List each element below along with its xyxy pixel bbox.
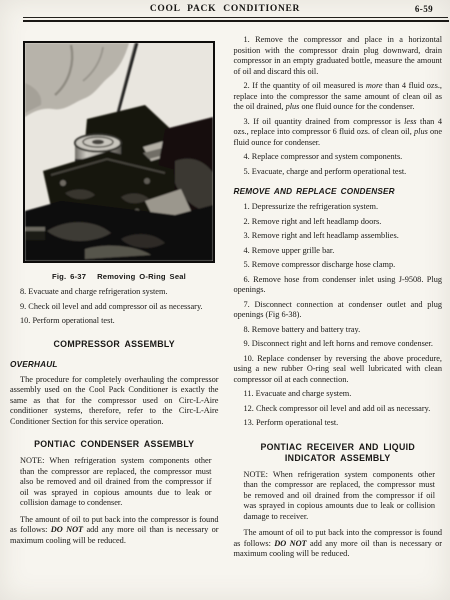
figure-caption-text: Removing O-Ring Seal	[97, 272, 186, 281]
heading-overhaul: OVERHAUL	[10, 360, 219, 369]
left-column: Fig. 6-37Removing O-Ring Seal 8. Evacuat…	[10, 31, 219, 594]
figure-photo	[23, 41, 215, 263]
heading-pontiac-condenser-assembly: PONTIAC CONDENSER ASSEMBLY	[10, 439, 219, 450]
compressor-oil-steps: 1. Remove the compressor and place in a …	[234, 35, 443, 177]
page-title: COOL PACK CONDITIONER	[0, 4, 450, 14]
receiver-oil-paragraph: The amount of oil to put back into the c…	[234, 528, 443, 560]
header-rule-thin	[23, 17, 448, 18]
list-item: 9. Disconnect right and left horns and r…	[234, 339, 443, 350]
emphasized-text: more	[366, 81, 383, 90]
compressor-final-steps: 8. Evacuate and charge refrigeration sys…	[10, 287, 219, 327]
list-item: 7. Disconnect connection at condenser ou…	[234, 300, 443, 321]
emphasized-text: plus	[414, 127, 428, 136]
list-item: 9. Check oil level and add compressor oi…	[10, 302, 219, 313]
list-item: 5. Remove compressor discharge hose clam…	[234, 260, 443, 271]
emphasized-text: DO NOT	[274, 539, 306, 548]
emphasized-text: plus	[286, 102, 300, 111]
condenser-removal-steps: 1. Depressurize the refrigeration system…	[234, 202, 443, 429]
condenser-oil-paragraph: The amount of oil to put back into the c…	[10, 515, 219, 547]
right-column: 1. Remove the compressor and place in a …	[234, 31, 443, 594]
list-item: 4. Replace compressor and system compone…	[234, 152, 443, 163]
oring-removal-photo-illustration	[25, 43, 213, 261]
list-item: 10. Perform operational test.	[10, 316, 219, 327]
list-item: 5. Evacuate, charge and perform operatio…	[234, 167, 443, 178]
list-item: 10. Replace condenser by reversing the a…	[234, 354, 443, 386]
figure-caption: Fig. 6-37Removing O-Ring Seal	[23, 272, 215, 281]
overhaul-paragraph: The procedure for completely overhauling…	[10, 375, 219, 428]
list-item: 8. Evacuate and charge refrigeration sys…	[10, 287, 219, 298]
list-item: 3. If oil quantity drained from compress…	[234, 117, 443, 149]
condenser-note-paragraph: NOTE: When refrigeration system componen…	[20, 456, 212, 509]
list-item: 2. Remove right and left headlamp doors.	[234, 217, 443, 228]
heading-pontiac-receiver-liquid-indicator: PONTIAC RECEIVER AND LIQUID INDICATOR AS…	[234, 442, 443, 464]
list-item: 1. Remove the compressor and place in a …	[234, 35, 443, 77]
heading-compressor-assembly: COMPRESSOR ASSEMBLY	[10, 339, 219, 350]
manual-page: COOL PACK CONDITIONER 6-59	[0, 0, 450, 600]
list-item: 11. Evacuate and charge system.	[234, 389, 443, 400]
heading-remove-replace-condenser: REMOVE AND REPLACE CONDENSER	[234, 187, 443, 196]
emphasized-text: less	[404, 117, 416, 126]
emphasized-text: DO NOT	[51, 525, 83, 534]
list-item: 12. Check compressor oil level and add o…	[234, 404, 443, 415]
list-item: 3. Remove right and left headlamp assemb…	[234, 231, 443, 242]
list-item: 13. Perform operational test.	[234, 418, 443, 429]
figure-caption-label: Fig. 6-37	[52, 272, 86, 281]
two-column-layout: Fig. 6-37Removing O-Ring Seal 8. Evacuat…	[10, 31, 442, 594]
list-item: 4. Remove upper grille bar.	[234, 246, 443, 257]
page-number: 6-59	[415, 4, 433, 14]
figure-6-37: Fig. 6-37Removing O-Ring Seal	[23, 41, 215, 281]
list-item: 6. Remove hose from condenser inlet usin…	[234, 275, 443, 296]
header-rule-thick	[23, 20, 449, 22]
list-item: 8. Remove battery and battery tray.	[234, 325, 443, 336]
list-item: 2. If the quantity of oil measured is mo…	[234, 81, 443, 113]
list-item: 1. Depressurize the refrigeration system…	[234, 202, 443, 213]
receiver-note-paragraph: NOTE: When refrigeration system componen…	[244, 470, 436, 523]
